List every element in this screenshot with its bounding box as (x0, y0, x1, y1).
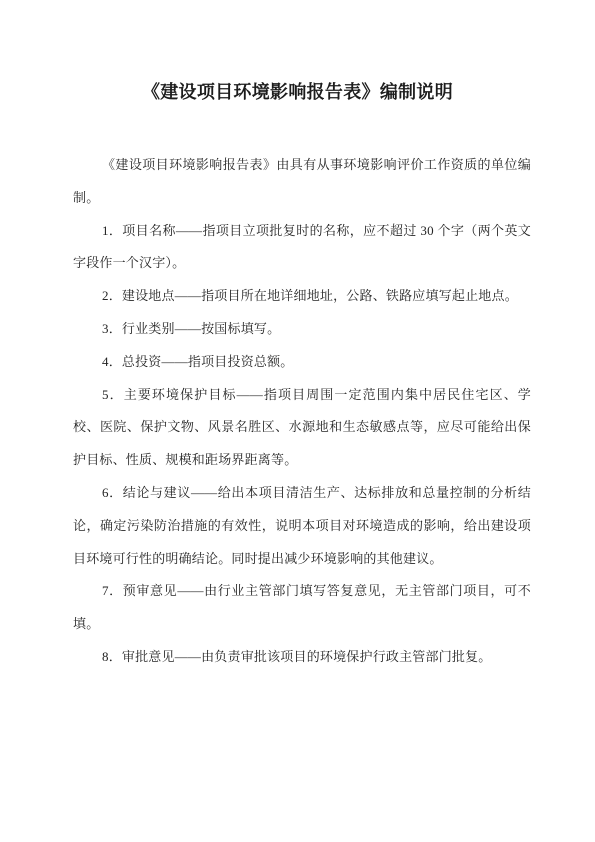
document-title: 《建设项目环境影响报告表》编制说明 (0, 76, 595, 109)
doc-paragraph-item-8: 8．审批意见——由负责审批该项目的环境保护行政主管部门批复。 (73, 641, 531, 674)
doc-paragraph-item-7: 7．预审意见——由行业主管部门填写答复意见，无主管部门项目，可不填。 (73, 575, 531, 641)
document-body: 《建设项目环境影响报告表》由具有从事环境影响评价工作资质的单位编制。 1．项目名… (0, 149, 595, 674)
doc-paragraph-intro: 《建设项目环境影响报告表》由具有从事环境影响评价工作资质的单位编制。 (73, 149, 531, 215)
document-page: 《建设项目环境影响报告表》编制说明 《建设项目环境影响报告表》由具有从事环境影响… (0, 0, 595, 842)
doc-paragraph-item-2: 2．建设地点——指项目所在地详细地址，公路、铁路应填写起止地点。 (73, 280, 531, 313)
doc-paragraph-item-3: 3．行业类别——按国标填写。 (73, 313, 531, 346)
doc-paragraph-item-4: 4．总投资——指项目投资总额。 (73, 346, 531, 379)
doc-paragraph-item-6: 6．结论与建议——给出本项目清洁生产、达标排放和总量控制的分析结论，确定污染防治… (73, 477, 531, 575)
doc-paragraph-item-5: 5．主要环境保护目标——指项目周围一定范围内集中居民住宅区、学校、医院、保护文物… (73, 379, 531, 477)
doc-paragraph-item-1: 1．项目名称——指项目立项批复时的名称，应不超过 30 个字（两个英文字段作一个… (73, 215, 531, 281)
